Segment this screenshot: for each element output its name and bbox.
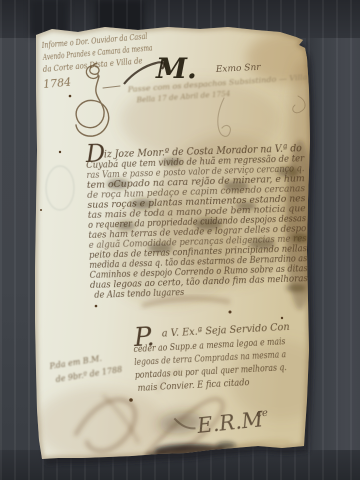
ink-blot bbox=[148, 243, 172, 253]
petition-body: D iz Joze Monr.º de Costa Morador na V.ª… bbox=[84, 133, 309, 301]
header-annotation-year: 1784 bbox=[43, 76, 72, 91]
ink-blot bbox=[107, 179, 129, 189]
ink-spot bbox=[69, 95, 72, 98]
ink-blot bbox=[249, 239, 275, 249]
ink-spot bbox=[59, 151, 61, 153]
photograph-of-manuscript: Informe o Dor. Ouvidor da Casal Avendo P… bbox=[0, 0, 360, 480]
ink-blot bbox=[236, 202, 256, 210]
ink-blot bbox=[117, 222, 135, 230]
ink-blot bbox=[130, 199, 154, 209]
ink-blot bbox=[162, 158, 182, 166]
signature-superscript: ce bbox=[256, 408, 269, 420]
manuscript-photo: Informe o Dor. Ouvidor da Casal Avendo P… bbox=[0, 0, 360, 480]
ink-spot bbox=[40, 209, 42, 211]
ink-spot bbox=[281, 317, 283, 319]
ink-blot bbox=[194, 218, 222, 230]
ink-blot bbox=[223, 181, 249, 191]
ink-spot bbox=[229, 311, 232, 314]
ink-spot bbox=[95, 305, 98, 308]
ink-spot bbox=[129, 398, 133, 402]
